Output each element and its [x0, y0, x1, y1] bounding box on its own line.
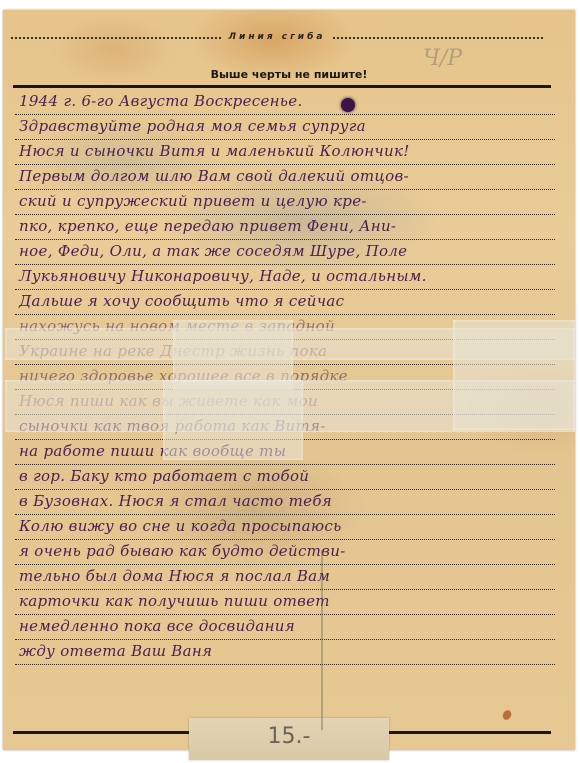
letter-line: жду ответа Ваш Ваня — [15, 640, 555, 665]
letter-line-text: жду ответа Ваш Ваня — [15, 640, 212, 662]
letter-line-text: сыночки как твоя работа как Витя- — [15, 415, 326, 437]
bottom-rule-left — [13, 731, 189, 734]
letter-line: немедленно пока все досвидания — [15, 615, 555, 640]
top-rule — [13, 85, 551, 88]
letter-line-text: нахожусь на новом месте в западной — [15, 315, 335, 337]
letter-line-text: ничего здоровье хорошее все в порядке — [15, 365, 348, 387]
letter-line: ничего здоровье хорошее все в порядке — [15, 365, 555, 390]
letter-line-text: немедленно пока все досвидания — [15, 615, 295, 637]
letter-line: Первым долгом шлю Вам свой далекий отцов… — [15, 165, 555, 190]
price-text: 15.- — [189, 724, 389, 749]
letter-line: в Бузовнах. Нюся я стал часто тебя — [15, 490, 555, 515]
letter-line-text: Колю вижу во сне и когда просыпаюсь — [15, 515, 342, 537]
letter-line-text: Нюся пиши как вы живете как мои — [15, 390, 318, 412]
ink-blot — [341, 98, 355, 112]
letter-line-text: пко, крепко, еще передаю привет Фени, Ан… — [15, 215, 396, 237]
fold-line-dots-right — [333, 37, 543, 39]
letter-line: карточки как получишь пиши ответ — [15, 590, 555, 615]
letter-line-text: Первым долгом шлю Вам свой далекий отцов… — [15, 165, 409, 187]
letter-line-text: в гор. Баку кто работает с тобой — [15, 465, 309, 487]
letter-line: нахожусь на новом месте в западной — [15, 315, 555, 340]
letter-line: Нюся и сыночки Витя и маленький Колюнчик… — [15, 140, 555, 165]
letter-line-text: тельно был дома Нюся я послал Вам — [15, 565, 330, 587]
letter-line: пко, крепко, еще передаю привет Фени, Ан… — [15, 215, 555, 240]
letter-line: на работе пиши как вообще ты — [15, 440, 555, 465]
letter-line: Нюся пиши как вы живете как мои — [15, 390, 555, 415]
letter-line-text: Здравствуйте родная моя семья супруга — [15, 115, 366, 137]
letter-line: ский и супружеский привет и целую кре- — [15, 190, 555, 215]
letter-line-text: Лукьяновичу Никонаровичу, Наде, и осталь… — [15, 265, 427, 287]
letter-line-text: на работе пиши как вообще ты — [15, 440, 286, 462]
letter-line-text: 1944 г. 6-го Августа Воскресенье. — [15, 90, 303, 112]
price-sticker: 15.- — [189, 718, 389, 760]
handwritten-letter-body: 1944 г. 6-го Августа Воскресенье.Здравст… — [15, 90, 555, 665]
letter-line-text: в Бузовнах. Нюся я стал часто тебя — [15, 490, 332, 512]
fold-line-label: Линия сгиба — [229, 32, 326, 42]
letter-line-text: я очень рад бываю как будто действи- — [15, 540, 346, 562]
letter-line: тельно был дома Нюся я послал Вам — [15, 565, 555, 590]
letter-line: 1944 г. 6-го Августа Воскресенье. — [15, 90, 555, 115]
letter-line-text: карточки как получишь пиши ответ — [15, 590, 330, 612]
letter-line: Колю вижу во сне и когда просыпаюсь — [15, 515, 555, 540]
rust-spot — [501, 709, 513, 722]
letter-line-text: Дальше я хочу сообщить что я сейчас — [15, 290, 344, 312]
letter-line-text: ский и супружеский привет и целую кре- — [15, 190, 367, 212]
letter-line: сыночки как твоя работа как Витя- — [15, 415, 555, 440]
letter-line: ное, Феди, Оли, а так же соседям Шуре, П… — [15, 240, 555, 265]
letter-line: Украине на реке Днестр жизнь пока — [15, 340, 555, 365]
letter-line-text: ное, Феди, Оли, а так же соседям Шуре, П… — [15, 240, 407, 262]
letter-sheet: Линия сгиба Ч/Р Выше черты не пишите! 19… — [3, 10, 575, 750]
letter-line-text: Нюся и сыночки Витя и маленький Колюнчик… — [15, 140, 410, 162]
letter-line: Дальше я хочу сообщить что я сейчас — [15, 290, 555, 315]
letter-line: в гор. Баку кто работает с тобой — [15, 465, 555, 490]
warning-text: Выше черты не пишите! — [3, 68, 575, 81]
bottom-rule-right — [389, 731, 551, 734]
letter-line: Лукьяновичу Никонаровичу, Наде, и осталь… — [15, 265, 555, 290]
letter-line-text: Украине на реке Днестр жизнь пока — [15, 340, 327, 362]
letter-line: я очень рад бываю как будто действи- — [15, 540, 555, 565]
fold-line: Линия сгиба — [11, 30, 543, 44]
fold-line-dots-left — [11, 37, 221, 39]
letter-line: Здравствуйте родная моя семья супруга — [15, 115, 555, 140]
